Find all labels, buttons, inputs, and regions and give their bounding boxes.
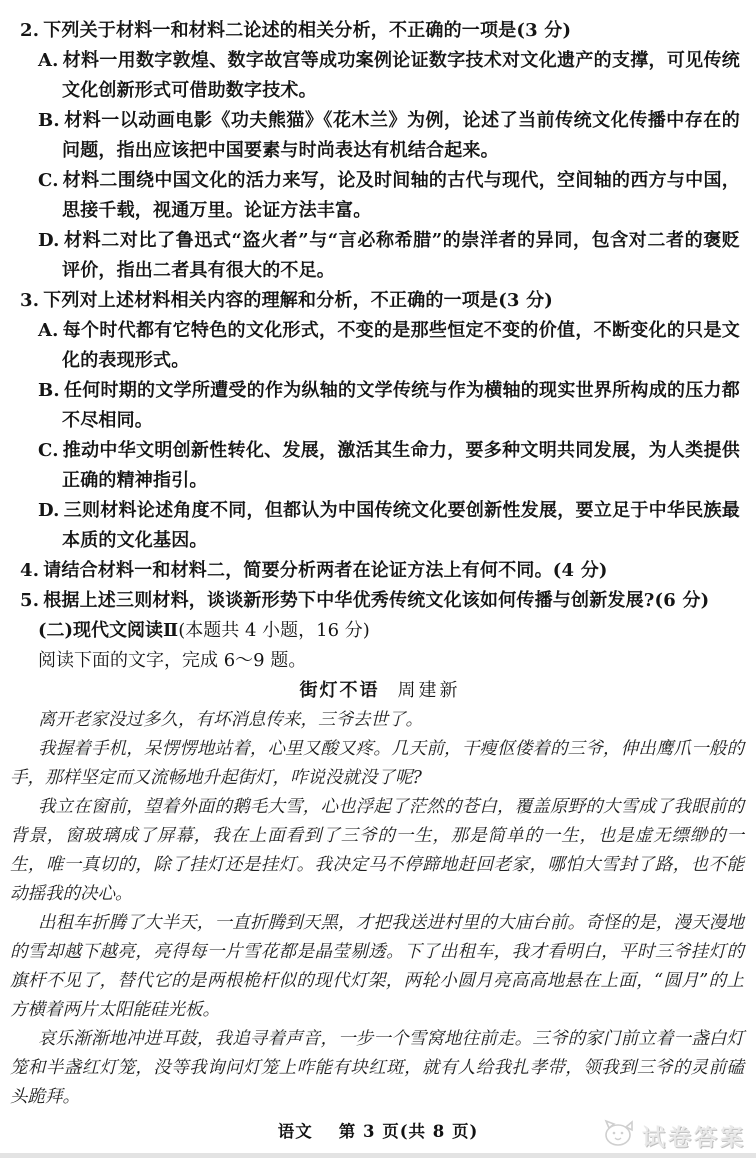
section-instruction: 阅读下面的文字，完成 6～9 题。 — [38, 646, 740, 676]
passage-title: 街灯不语 — [300, 680, 380, 701]
option-label: A. — [38, 320, 59, 341]
option-text: 材料二对比了鲁迅式“盗火者”与“言必称希腊”的崇洋者的异同，包含对二者的褒贬评价… — [62, 230, 740, 281]
question-number: 3. — [20, 290, 39, 311]
option-label: D. — [38, 230, 60, 251]
question-number: 4. — [20, 560, 39, 581]
question-3-option-d: D.三则材料论述角度不同，但都认为中国传统文化要创新性发展，要立足于中华民族最本… — [20, 496, 740, 556]
question-2-option-c: C.材料二围绕中国文化的活力来写，论及时间轴的古代与现代，空间轴的西方与中国，思… — [20, 166, 740, 226]
exam-paper-page: 2.下列关于材料一和材料二论述的相关分析，不正确的一项是(3 分) A.材料一用… — [0, 0, 756, 1158]
passage-paragraph-2: 我握着手机，呆愣愣地站着，心里又酸又疼。几天前，干瘦伛偻着的三爷，伸出鹰爪一般的… — [10, 735, 744, 793]
option-label: C. — [38, 170, 59, 191]
passage-paragraph-1: 离开老家没过多久，有坏消息传来，三爷去世了。 — [10, 706, 744, 735]
section-heading-bold: (二)现代文阅读Ⅱ — [38, 620, 178, 641]
question-2: 2.下列关于材料一和材料二论述的相关分析，不正确的一项是(3 分) A.材料一用… — [20, 16, 740, 286]
option-text: 材料一以动画电影《功夫熊猫》《花木兰》为例，论述了当前传统文化传播中存在的问题，… — [62, 110, 740, 161]
footer-page-number: 第 3 页(共 8 页) — [339, 1122, 479, 1141]
watermark-cat-logo-icon — [602, 1118, 636, 1152]
question-3-option-c: C.推动中华文明创新性转化、发展，激活其生命力，要多种文明共同发展，为人类提供正… — [20, 436, 740, 496]
question-2-option-b: B.材料一以动画电影《功夫熊猫》《花木兰》为例，论述了当前传统文化传播中存在的问… — [20, 106, 740, 166]
option-text: 材料二围绕中国文化的活力来写，论及时间轴的古代与现代，空间轴的西方与中国，思接千… — [62, 170, 740, 221]
option-text: 任何时期的文学所遭受的作为纵轴的文学传统与作为横轴的现实世界所构成的压力都不尽相… — [62, 380, 740, 431]
option-text: 材料一用数字敦煌、数字故宫等成功案例论证数字技术对文化遗产的支撑，可见传统文化创… — [62, 50, 740, 101]
question-3-option-b: B.任何时期的文学所遭受的作为纵轴的文学传统与作为横轴的现实世界所构成的压力都不… — [20, 376, 740, 436]
question-3: 3.下列对上述材料相关内容的理解和分析，不正确的一项是(3 分) A.每个时代都… — [20, 286, 740, 556]
question-stem-text: 请结合材料一和材料二，简要分析两者在论证方法上有何不同。(4 分) — [43, 560, 607, 581]
scan-edge-strip — [0, 1153, 756, 1158]
passage-body: 离开老家没过多久，有坏消息传来，三爷去世了。 我握着手机，呆愣愣地站着，心里又酸… — [10, 706, 744, 1112]
watermark-label: 试卷答案 — [642, 1119, 746, 1152]
option-label: B. — [38, 110, 60, 131]
question-stem-text: 下列对上述材料相关内容的理解和分析，不正确的一项是(3 分) — [43, 290, 553, 311]
option-label: A. — [38, 50, 59, 71]
option-label: C. — [38, 440, 59, 461]
passage-author: 周建新 — [398, 680, 461, 701]
option-label: B. — [38, 380, 60, 401]
question-stem-text: 下列关于材料一和材料二论述的相关分析，不正确的一项是(3 分) — [43, 20, 571, 41]
question-3-stem: 3.下列对上述材料相关内容的理解和分析，不正确的一项是(3 分) — [20, 286, 740, 316]
question-4-stem: 4.请结合材料一和材料二，简要分析两者在论证方法上有何不同。(4 分) — [20, 556, 740, 586]
passage-paragraph-3: 我立在窗前，望着外面的鹅毛大雪，心也浮起了茫然的苍白，覆盖原野的大雪成了我眼前的… — [10, 793, 744, 909]
watermark: 试卷答案 — [602, 1118, 746, 1152]
passage-paragraph-4: 出租车折腾了大半天，一直折腾到天黑，才把我送进村里的大庙台前。奇怪的是，漫天漫地… — [10, 909, 744, 1025]
question-2-option-a: A.材料一用数字敦煌、数字故宫等成功案例论证数字技术对文化遗产的支撑，可见传统文… — [20, 46, 740, 106]
footer-subject: 语文 — [278, 1122, 313, 1141]
page-content: 2.下列关于材料一和材料二论述的相关分析，不正确的一项是(3 分) A.材料一用… — [0, 16, 756, 1112]
option-text: 三则材料论述角度不同，但都认为中国传统文化要创新性发展，要立足于中华民族最本质的… — [62, 500, 740, 551]
question-2-option-d: D.材料二对比了鲁迅式“盗火者”与“言必称希腊”的崇洋者的异同，包含对二者的褒贬… — [20, 226, 740, 286]
question-5-stem: 5.根据上述三则材料，谈谈新形势下中华优秀传统文化该如何传播与创新发展?(6 分… — [20, 586, 740, 616]
option-text: 推动中华文明创新性转化、发展，激活其生命力，要多种文明共同发展，为人类提供正确的… — [62, 440, 740, 491]
question-stem-text: 根据上述三则材料，谈谈新形势下中华优秀传统文化该如何传播与创新发展?(6 分) — [43, 590, 709, 611]
section-heading-rest: (本题共 4 小题，16 分) — [178, 620, 370, 641]
question-3-option-a: A.每个时代都有它特色的文化形式，不变的是那些恒定不变的价值，不断变化的只是文化… — [20, 316, 740, 376]
option-label: D. — [38, 500, 60, 521]
section-heading: (二)现代文阅读Ⅱ(本题共 4 小题，16 分) — [38, 616, 740, 646]
option-text: 每个时代都有它特色的文化形式，不变的是那些恒定不变的价值，不断变化的只是文化的表… — [62, 320, 740, 371]
question-number: 5. — [20, 590, 39, 611]
question-2-stem: 2.下列关于材料一和材料二论述的相关分析，不正确的一项是(3 分) — [20, 16, 740, 46]
question-number: 2. — [20, 20, 39, 41]
passage-title-line: 街灯不语周建新 — [20, 676, 740, 706]
passage-paragraph-5: 哀乐渐渐地冲进耳鼓，我追寻着声音，一步一个雪窝地往前走。三爷的家门前立着一盏白灯… — [10, 1025, 744, 1112]
